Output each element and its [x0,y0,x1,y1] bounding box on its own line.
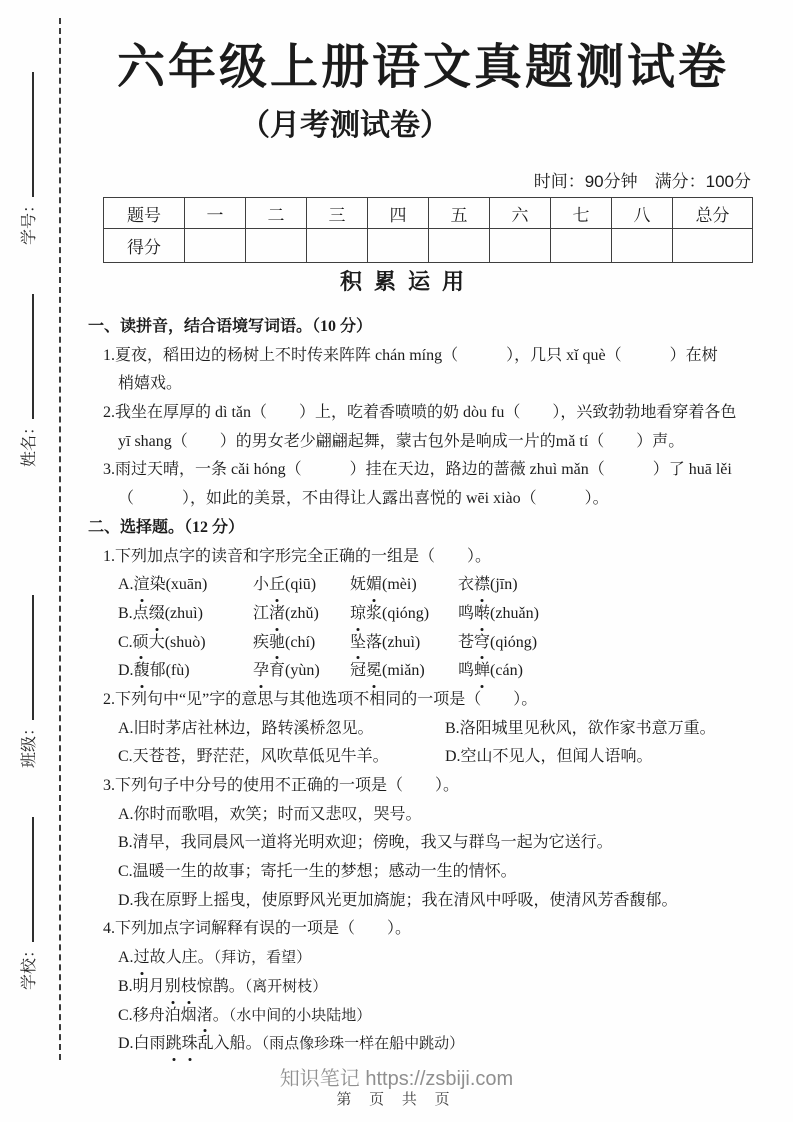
sidebar-field-class: 班级： [15,595,39,768]
emphasized-char: 跳 [166,1030,182,1059]
text-segment: (mèi) [382,576,417,593]
text-segment: 江 [253,605,269,622]
score-table-cell [551,229,612,263]
text-segment: (jīn) [490,576,518,593]
question-continuation: （ ），如此的美景，不由得让人露出喜悦的 wēi xiào（ ）。 [88,485,768,514]
text-segment: 鸣 [458,662,474,679]
question-continuation: 梢嬉戏。 [88,370,768,399]
text-segment: A. [118,949,134,966]
text-segment: 惊鹊。 [197,978,245,995]
score-table-cell [368,229,429,263]
option-cell: 孕育(yùn) [253,657,350,686]
annotation-text: （拜访，看望） [214,950,312,966]
text-segment: D.白雨 [118,1035,166,1052]
score-table-cell [185,229,246,263]
sidebar-field-label: 姓名： [21,419,38,467]
option-cell: 鸣蝉(cán) [458,657,523,686]
paper-subtitle: （月考测试卷） [88,100,602,144]
emphasized-char: 过 [134,944,150,973]
option-row: A.你时而歌唱，欢笑；时而又悲叹，哭号。 [88,801,768,830]
score-table-cell: 七 [551,198,612,229]
option-cell: 坠落(zhuì) [350,629,458,658]
question-stem: 1.下列加点字的读音和字形完全正确的一组是（ ）。 [88,543,768,572]
option-cell: C.硕大(shuò) [118,629,253,658]
text-segment: 郁(fù) [150,662,190,679]
sidebar-field-label: 学校： [21,942,38,990]
exam-time-score-info: 时间：90分钟 满分：100分 [103,167,751,192]
text-segment: 大(shuò) [149,634,206,651]
option-row: B.清早，我同晨风一道将光明欢迎；傍晚，我又与群鸟一起为它送行。 [88,829,768,858]
score-table-cell [612,229,673,263]
emphasized-char: 渚 [269,600,285,629]
text-segment: (zhuǎn) [490,605,539,622]
option-row: D.我在原野上摇曳，使原野风光更加旖旎；我在清风中呼吸，使清风芳香馥郁。 [88,887,768,916]
option-row: D.白雨跳珠乱入船。（雨点像珍珠一样在船中跳动） [88,1030,768,1059]
score-table-cell: 题号 [104,198,185,229]
emphasized-char: 啭 [474,600,490,629]
paper-title: 六年级上册语文真题测试卷 [88,28,758,97]
option-cell: 琼浆(qióng) [350,600,458,629]
emphasized-char: 冕 [366,657,382,686]
question-stem: 1.夏夜，稻田边的杨树上不时传来阵阵 chán míng（ ），几只 xǐ qu… [88,342,768,371]
annotation-text: （雨点像珍珠一样在船中跳动） [262,1036,465,1052]
option-row: C.天苍苍，野茫茫，风吹草低见牛羊。D.空山不见人，但闻人语响。 [88,743,768,772]
option-row: A.旧时茅店社林边，路转溪桥忽见。B.洛阳城里见秋风，欲作家书意万重。 [88,715,768,744]
score-table: 题号一二三四五六七八总分得分 [103,197,753,263]
question-stem: 2.我坐在厚厚的 dì tǎn（ ）上，吃着香喷喷的奶 dòu fu（ ），兴致… [88,399,768,428]
score-table-cell [246,229,307,263]
emphasized-char: 枝 [181,973,197,1002]
score-table-cell [307,229,368,263]
score-table-cell: 四 [368,198,429,229]
option-row: B.明月别枝惊鹊。（离开树枝） [88,973,768,1002]
text-segment: 乱入船。 [198,1035,262,1052]
text-segment: 鸣 [458,605,474,622]
footer-site-link: 知识笔记 https://zsbiji.com [0,1062,793,1091]
emphasized-char: 坠 [350,629,366,658]
text-segment: 落(zhuì) [366,634,420,651]
write-in-blank [15,817,34,942]
option-cell: D.空山不见人，但闻人语响。 [445,748,653,765]
text-segment: 浆(qióng) [366,605,429,622]
annotation-text: （水中间的小块陆地） [229,1008,372,1024]
text-segment: 冠 [350,662,366,679]
option-cell: A.渲染(xuān) [118,571,253,600]
emphasized-char: 媚 [366,571,382,600]
option-cell: 苍穹(qióng) [458,629,537,658]
option-cell: 妩媚(mèi) [350,571,458,600]
text-segment: (miǎn) [382,662,425,679]
question-stem: 2.下列句中“见”字的意思与其他选项不相同的一项是（ ）。 [88,686,768,715]
option-cell: B.点缀(zhuì) [118,600,253,629]
emphasized-char: 丘 [269,571,285,600]
exam-paper-page: 学号：姓名：班级：学校： 六年级上册语文真题测试卷 （月考测试卷） 时间：90分… [0,0,793,1122]
option-row: C.温暖一生的故事；寄托一生的梦想；感动一生的情怀。 [88,858,768,887]
text-segment: 妩 [350,576,366,593]
option-cell: 冠冕(miǎn) [350,657,458,686]
footer-page-number: 第 页 共 页 [0,1088,793,1109]
score-table-cell: 五 [429,198,490,229]
text-segment: 疾 [253,634,269,651]
emphasized-char: 孕 [253,657,269,686]
option-row: B.点缀(zhuì)江渚(zhǔ)琼浆(qióng)鸣啭(zhuǎn) [88,600,768,629]
score-table-cell [429,229,490,263]
sidebar-field-label: 学号： [21,197,38,245]
emphasized-char: 珠 [182,1030,198,1059]
text-segment: (zhuì) [165,605,203,622]
option-cell: B.洛阳城里见秋风，欲作家书意万重。 [445,720,716,737]
text-segment: 苍 [458,634,474,651]
text-segment: 染(xuān) [150,576,208,593]
text-segment: C. [118,634,133,651]
score-table-score-row: 得分 [104,229,753,263]
option-row: D.馥郁(fù)孕育(yùn)冠冕(miǎn)鸣蝉(cán) [88,657,768,686]
write-in-blank [15,595,34,720]
text-segment: (zhǔ) [285,605,319,622]
annotation-text: （离开树枝） [245,979,328,995]
option-cell: A.旧时茅店社林边，路转溪桥忽见。 [118,715,445,744]
section-heading: 一、读拼音，结合语境写词语。（10 分） [88,313,768,342]
option-row: A.过故人庄。（拜访，看望） [88,944,768,973]
text-segment: 。 [213,1007,229,1024]
option-cell: 小丘(qiū) [253,571,350,600]
question-body: 一、读拼音，结合语境写词语。（10 分）1.夏夜，稻田边的杨树上不时传来阵阵 c… [88,313,768,1059]
text-segment: (qióng) [490,634,537,651]
text-segment: B.点 [118,605,149,622]
score-table-cell: 八 [612,198,673,229]
emphasized-char: 渚 [197,1002,213,1031]
emphasized-char: 蝉 [474,657,490,686]
emphasized-char: 馥 [134,657,150,686]
question-stem: 3.下列句子中分号的使用不正确的一项是（ ）。 [88,772,768,801]
emphasized-char: 琼 [350,600,366,629]
text-segment: 育(yùn) [269,662,320,679]
text-segment: (qiū) [285,576,316,593]
score-table-cell: 六 [490,198,551,229]
emphasized-char: 缀 [149,600,165,629]
score-table-cell [673,229,753,263]
sidebar-field-school: 学校： [15,817,39,990]
text-segment: D. [118,662,134,679]
fold-line [59,18,61,1060]
emphasized-char: 驰 [269,629,285,658]
score-table-cell: 总分 [673,198,753,229]
option-cell: D.馥郁(fù) [118,657,253,686]
text-segment: C.移舟泊烟 [118,1007,197,1024]
emphasized-char: 别 [165,973,181,1002]
option-row: C.硕大(shuò)疾驰(chí)坠落(zhuì)苍穹(qióng) [88,629,768,658]
text-segment: (chí) [285,634,315,651]
emphasized-char: 硕 [133,629,149,658]
text-segment: 小 [253,576,269,593]
score-table-cell: 二 [246,198,307,229]
text-segment: 衣 [458,576,474,593]
option-cell: 鸣啭(zhuǎn) [458,600,539,629]
text-segment: B.明月 [118,978,165,995]
sidebar-field-label: 班级： [21,720,38,768]
option-cell: 衣襟(jīn) [458,571,518,600]
text-segment: A. [118,576,134,593]
write-in-blank [15,294,34,419]
option-cell: 疾驰(chí) [253,629,350,658]
score-table-cell [490,229,551,263]
section-heading: 二、选择题。（12 分） [88,514,768,543]
option-row: A.渲染(xuān)小丘(qiū)妩媚(mèi)衣襟(jīn) [88,571,768,600]
score-table-header-row: 题号一二三四五六七八总分 [104,198,753,229]
sidebar-field-student-id: 学号： [15,72,39,245]
text-segment: (cán) [490,662,523,679]
option-row: C.移舟泊烟渚。（水中间的小块陆地） [88,1002,768,1031]
question-stem: 4.下列加点字词解释有误的一项是（ ）。 [88,915,768,944]
text-segment: 故人庄。 [150,949,214,966]
emphasized-char: 襟 [474,571,490,600]
option-cell: 江渚(zhǔ) [253,600,350,629]
option-cell: C.天苍苍，野茫茫，风吹草低见牛羊。 [118,743,445,772]
emphasized-char: 穹 [474,629,490,658]
emphasized-char: 渲 [134,571,150,600]
score-table-cell: 一 [185,198,246,229]
score-table-cell: 三 [307,198,368,229]
question-stem: 3.雨过天晴，一条 cǎi hóng（ ）挂在天边，路边的蔷薇 zhuì mǎn… [88,456,768,485]
question-continuation: yī shang（ ）的男女老少翩翩起舞，蒙古包外是响成一片的mǎ tí（ ）声… [88,428,768,457]
score-table-cell: 得分 [104,229,185,263]
section-banner: 积累运用 [88,265,728,296]
sidebar-field-student-name: 姓名： [15,294,39,467]
write-in-blank [15,72,34,197]
